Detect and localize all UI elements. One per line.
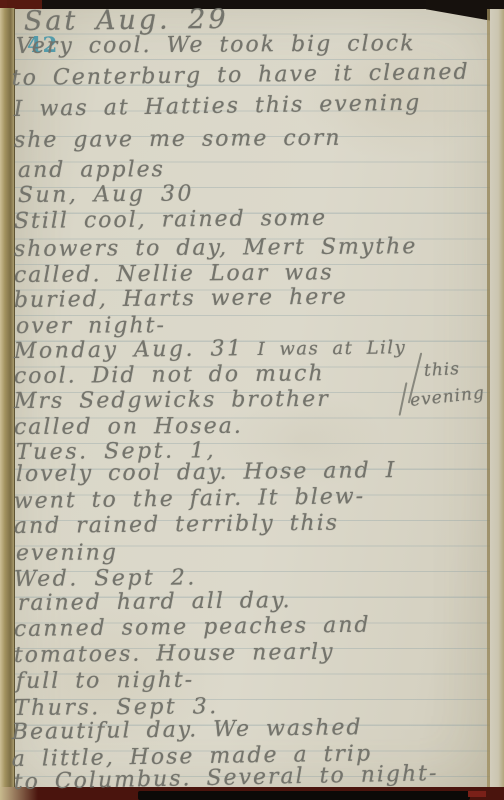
handwriting-line: Very cool. We took big clock [16, 33, 416, 58]
handwriting-line: canned some peaches and [14, 615, 371, 641]
handwriting-line: full to night- [16, 670, 194, 693]
handwriting-line: rained hard all day. [18, 590, 292, 615]
handwriting-line: Mrs Sedgwicks brother [14, 389, 330, 413]
handwriting-line: and apples [18, 159, 165, 182]
inline-note: I was at Lily [257, 337, 406, 360]
handwriting-line-date: Sun, Aug 30 [18, 183, 194, 207]
handwriting-line: she gave me some corn [14, 128, 342, 152]
page-edge-right [490, 9, 504, 789]
handwriting-line: and rained terribly this [14, 513, 339, 538]
handwriting-line-date: Wed. Sept 2. [14, 567, 197, 591]
cover-patch-bottom-right [468, 791, 486, 797]
handwriting-line-date: Sat Aug. 29 [24, 6, 229, 35]
binding-gutter-left [0, 8, 15, 790]
diary-page-scan: 42 Sat Aug. 29 Very cool. We took big cl… [0, 0, 504, 800]
handwriting-line: over night- [16, 315, 166, 338]
handwriting-line: showers to day, Mert Smythe [14, 236, 418, 261]
handwriting-line: cool. Did not do much [14, 363, 325, 388]
handwriting-line: tomatoes. House nearly [14, 642, 335, 667]
handwriting-line: called. Nellie Loar was [14, 262, 334, 287]
handwriting-line: lovely cool day. Hose and I [16, 460, 397, 486]
handwriting-line: went to the fair. It blew- [14, 486, 366, 513]
handwriting-line: Beautiful day. We washed [12, 717, 363, 744]
handwriting-line: buried, Harts were here [14, 287, 348, 312]
margin-note-line: this [424, 359, 461, 381]
date-text: Monday Aug. 31 [14, 336, 244, 364]
handwriting-line-date: Thurs. Sept 3. [14, 696, 219, 720]
handwriting-line: Still cool, rained some [14, 208, 327, 233]
handwriting-line: called on Hosea. [14, 416, 243, 439]
handwriting-line: evening [16, 542, 118, 565]
cover-spine-bottom [138, 791, 470, 800]
